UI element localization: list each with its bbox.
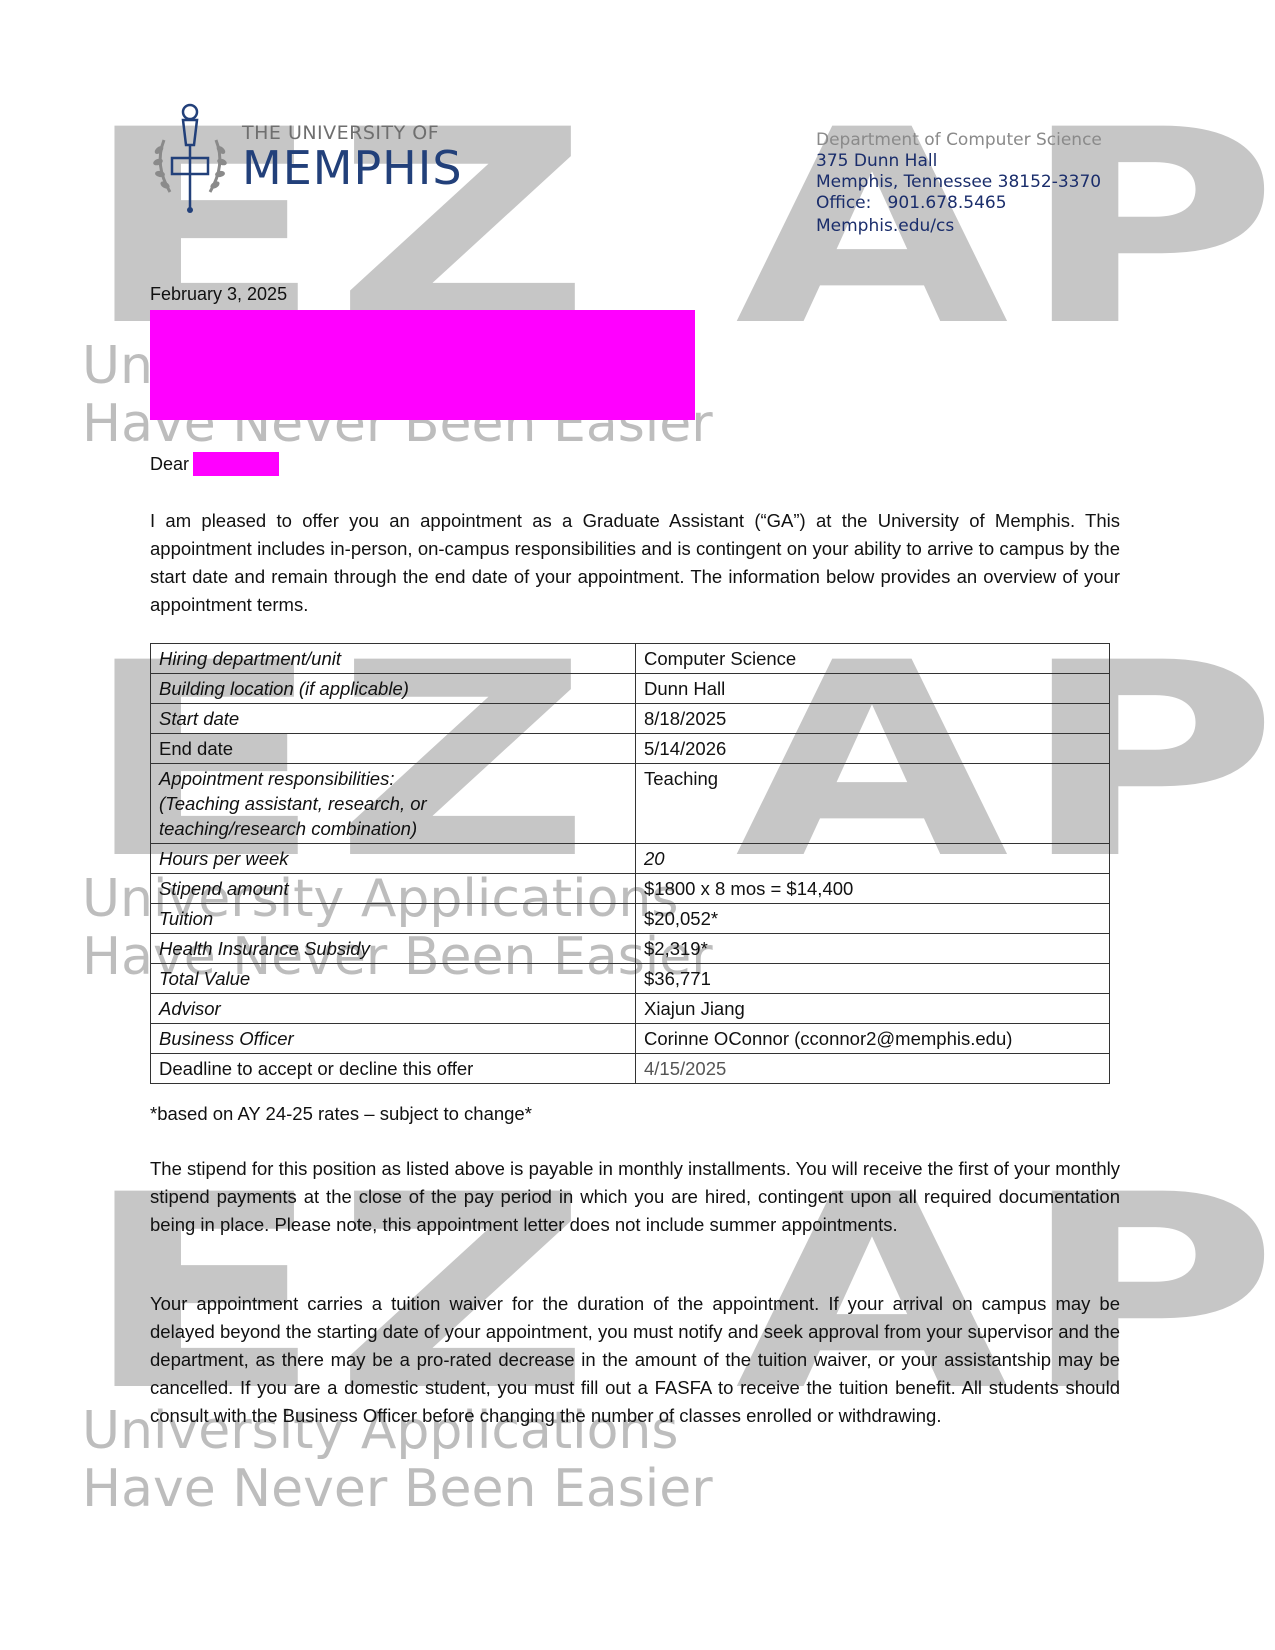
table-row: Hours per week 20 — [151, 844, 1110, 874]
term-label: Stipend amount — [151, 874, 636, 904]
term-value: Dunn Hall — [636, 674, 1110, 704]
term-label-line: teaching/research combination) — [159, 816, 627, 841]
term-label: Hours per week — [151, 844, 636, 874]
term-label: Building location (if applicable) — [151, 674, 636, 704]
rates-footnote: *based on AY 24-25 rates – subject to ch… — [150, 1100, 1120, 1128]
salutation-text: Dear — [150, 454, 189, 475]
table-row: Hiring department/unit Computer Science — [151, 644, 1110, 674]
logo-wordmark: MEMPHIS — [242, 145, 463, 191]
table-row: Tuition $20,052* — [151, 904, 1110, 934]
term-label: Business Officer — [151, 1024, 636, 1054]
term-value: Computer Science — [636, 644, 1110, 674]
letter-date: February 3, 2025 — [150, 284, 287, 305]
table-row: End date 5/14/2026 — [151, 734, 1110, 764]
term-value: 5/14/2026 — [636, 734, 1110, 764]
term-value: Teaching — [636, 764, 1110, 844]
term-label: Deadline to accept or decline this offer — [151, 1054, 636, 1084]
term-value: Corinne OConnor (cconnor2@memphis.edu) — [636, 1024, 1110, 1054]
redacted-recipient-name — [193, 452, 279, 476]
term-label: Tuition — [151, 904, 636, 934]
table-row: Deadline to accept or decline this offer… — [151, 1054, 1110, 1084]
term-value: 4/15/2025 — [636, 1054, 1110, 1084]
intro-paragraph: I am pleased to offer you an appointment… — [150, 507, 1120, 619]
table-row: Building location (if applicable) Dunn H… — [151, 674, 1110, 704]
table-row: Health Insurance Subsidy $2,319* — [151, 934, 1110, 964]
term-label-line: (Teaching assistant, research, or — [159, 791, 627, 816]
table-row: Appointment responsibilities: (Teaching … — [151, 764, 1110, 844]
term-value: Xiajun Jiang — [636, 994, 1110, 1024]
address-line-1: 375 Dunn Hall — [816, 151, 1102, 172]
stipend-paragraph: The stipend for this position as listed … — [150, 1155, 1120, 1239]
salutation: Dear — [150, 452, 279, 476]
term-label: Appointment responsibilities: (Teaching … — [151, 764, 636, 844]
university-seal-icon — [150, 100, 230, 215]
term-value: 8/18/2025 — [636, 704, 1110, 734]
term-value: $20,052* — [636, 904, 1110, 934]
university-logo: THE UNIVERSITY OF MEMPHIS — [150, 100, 480, 215]
table-row: Total Value $36,771 — [151, 964, 1110, 994]
appointment-terms-table: Hiring department/unit Computer Science … — [150, 643, 1110, 1084]
term-value: 20 — [636, 844, 1110, 874]
term-value: $36,771 — [636, 964, 1110, 994]
term-value: $2,319* — [636, 934, 1110, 964]
term-label: Hiring department/unit — [151, 644, 636, 674]
tuition-paragraph: Your appointment carries a tuition waive… — [150, 1290, 1120, 1430]
table-row: Start date 8/18/2025 — [151, 704, 1110, 734]
department-address: Department of Computer Science 375 Dunn … — [816, 130, 1102, 237]
department-website[interactable]: Memphis.edu/cs — [816, 216, 1102, 237]
department-name: Department of Computer Science — [816, 130, 1102, 151]
term-label: Advisor — [151, 994, 636, 1024]
term-label-line: Appointment responsibilities: — [159, 766, 627, 791]
redacted-recipient-address — [150, 310, 695, 420]
term-label: End date — [151, 734, 636, 764]
term-label: Start date — [151, 704, 636, 734]
term-label: Health Insurance Subsidy — [151, 934, 636, 964]
address-line-2: Memphis, Tennessee 38152-3370 — [816, 172, 1102, 193]
term-label: Total Value — [151, 964, 636, 994]
table-row: Stipend amount $1800 x 8 mos = $14,400 — [151, 874, 1110, 904]
table-row: Advisor Xiajun Jiang — [151, 994, 1110, 1024]
watermark-tagline-2: Have Never Been Easier — [82, 1463, 713, 1515]
table-row: Business Officer Corinne OConnor (cconno… — [151, 1024, 1110, 1054]
term-value: $1800 x 8 mos = $14,400 — [636, 874, 1110, 904]
office-phone: Office: 901.678.5465 — [816, 193, 1102, 214]
